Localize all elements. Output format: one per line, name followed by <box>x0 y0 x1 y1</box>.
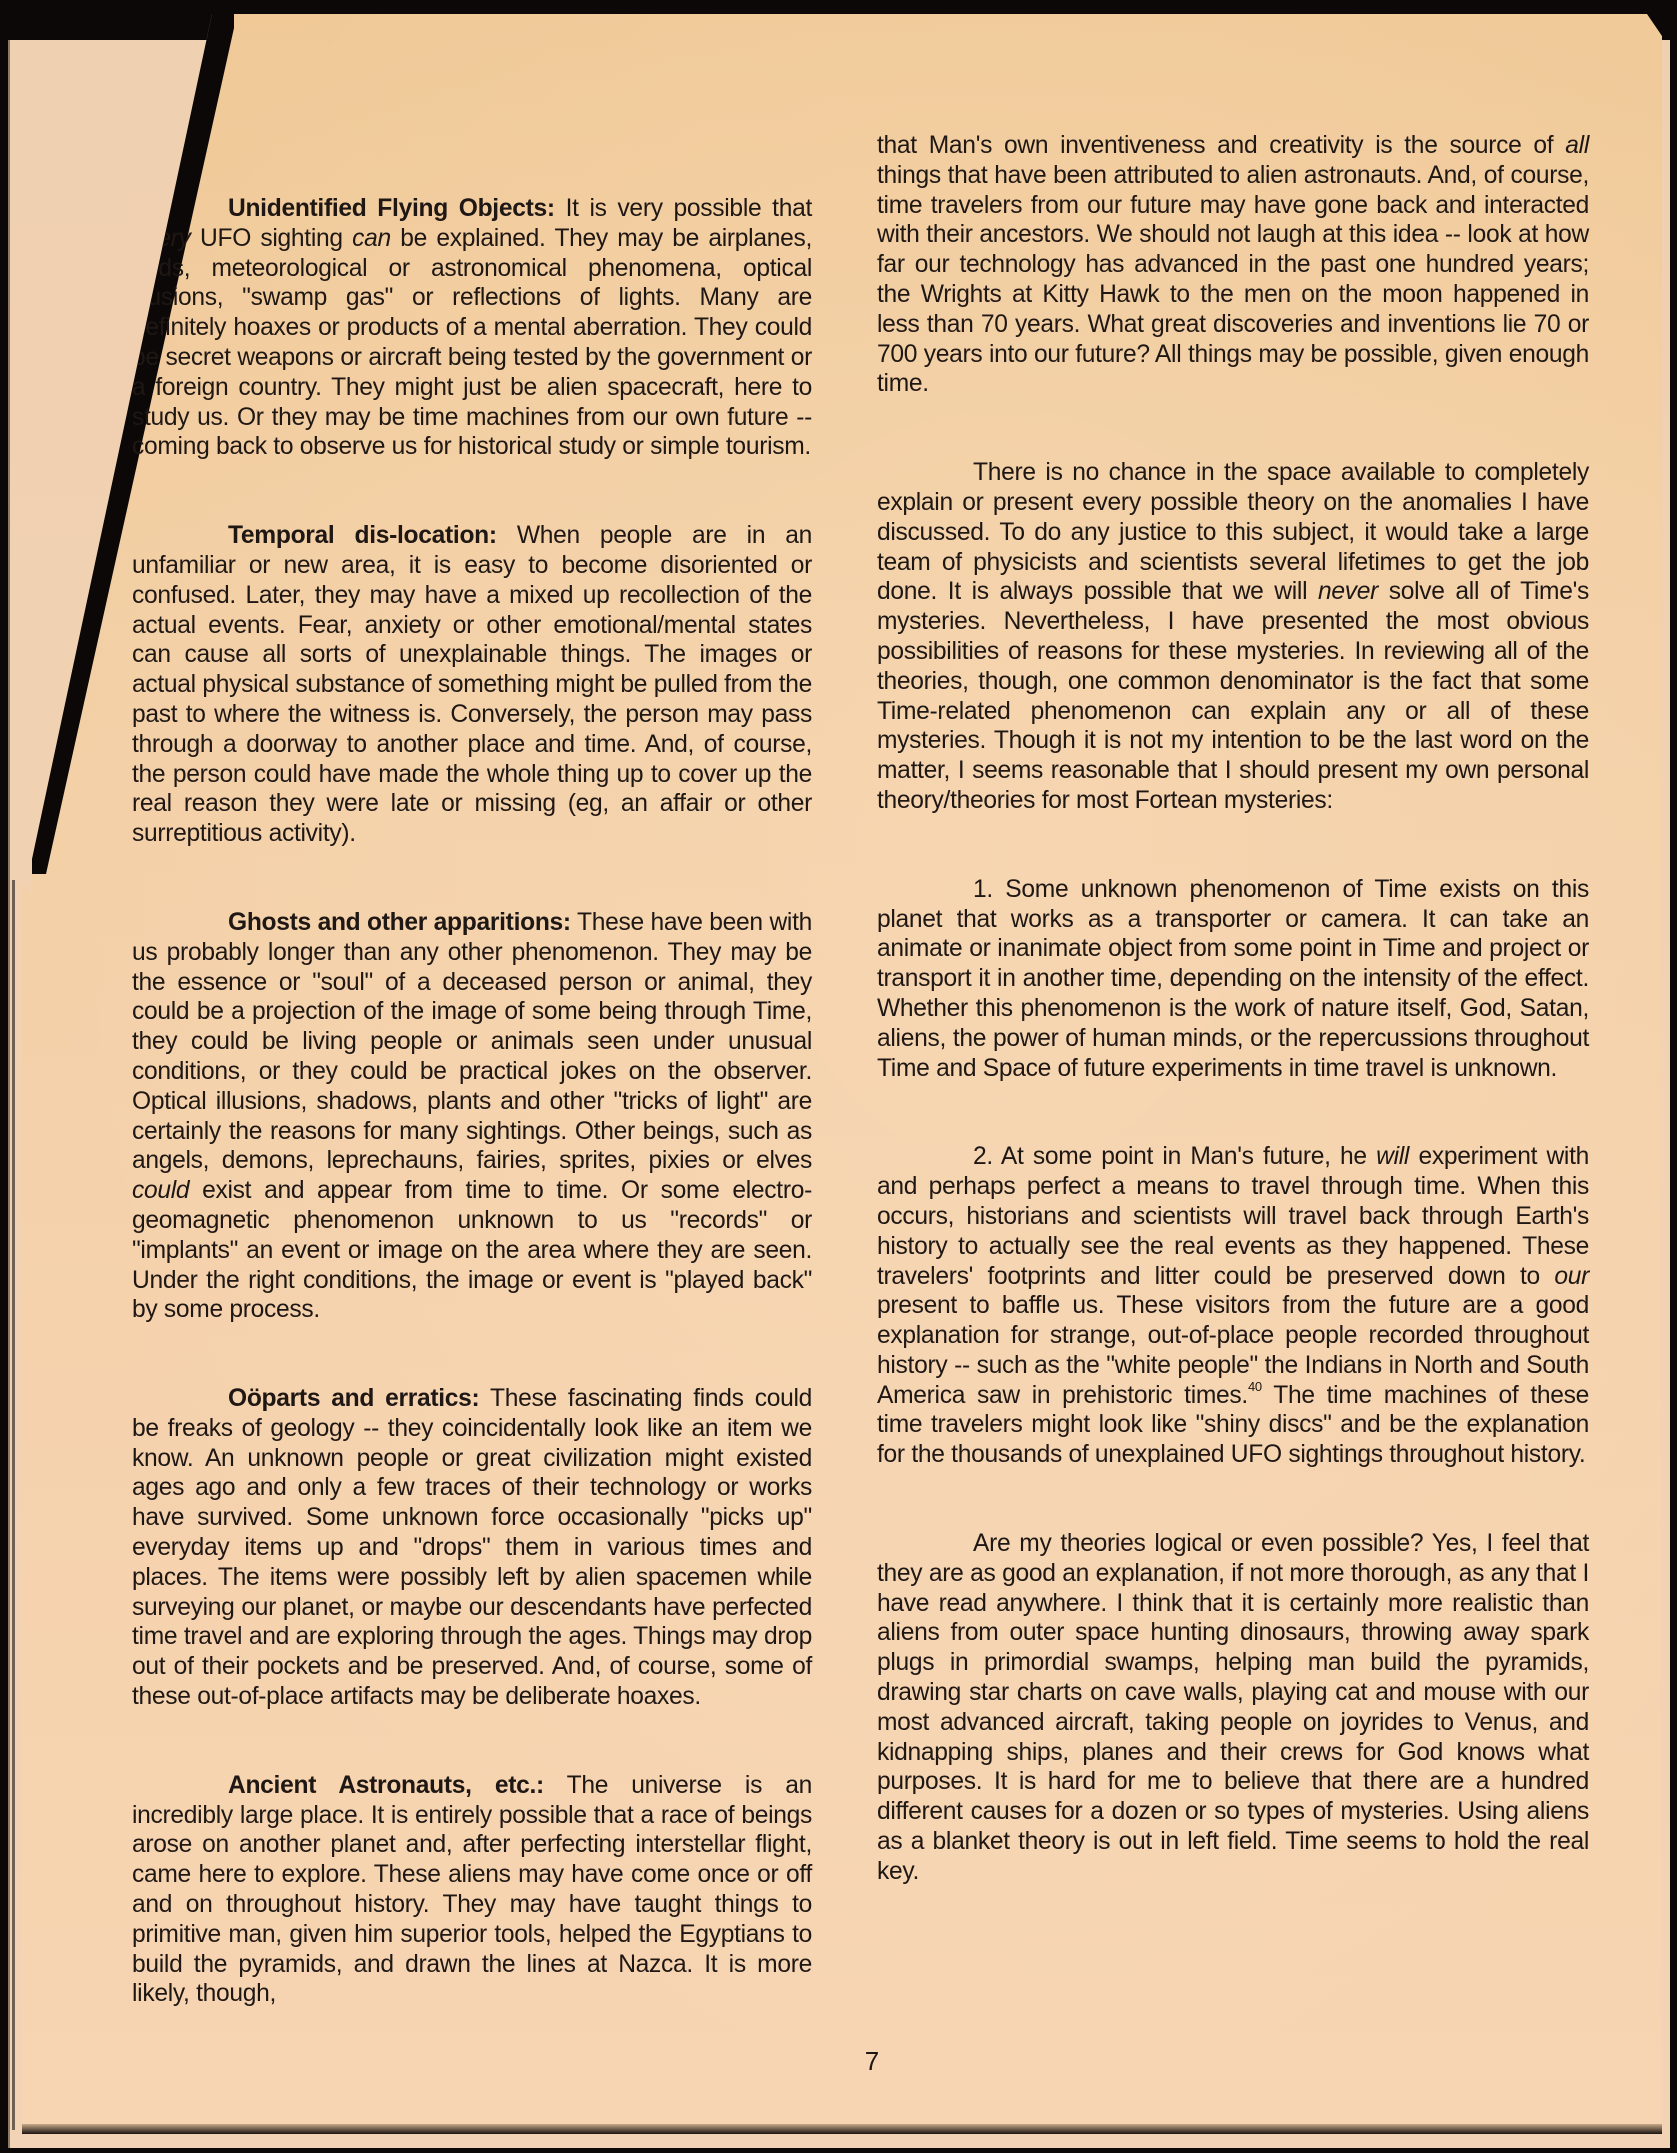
emphasis-text: can <box>352 225 391 252</box>
right-column: that Man's own inventiveness and creativ… <box>877 131 1589 1946</box>
body-text: When people are in an unfamiliar or new … <box>132 522 812 847</box>
page-stack-edge <box>12 880 15 2130</box>
footnote-ref: 40 <box>1248 1379 1262 1394</box>
paragraph: Unidentified Flying Objects: It is very … <box>132 194 812 462</box>
body-text: 1. Some unknown phenomenon of Time exist… <box>877 876 1589 1082</box>
paragraph: Ghosts and other apparitions: These have… <box>132 908 812 1325</box>
section-heading: Temporal dis-location: <box>228 522 497 549</box>
body-text: that Man's own inventiveness and creativ… <box>877 132 1565 159</box>
emphasis-text: could <box>132 1177 189 1204</box>
section-heading: Ghosts and other apparitions: <box>228 909 571 936</box>
body-text: things that have been attributed to alie… <box>877 162 1589 398</box>
paragraph: There is no chance in the space availabl… <box>877 458 1589 816</box>
body-text: 2. At some point in Man's future, he <box>973 1143 1376 1170</box>
body-text: solve all of Time's mysteries. Neverthel… <box>877 578 1589 814</box>
page-bottom-edge <box>22 2124 1662 2134</box>
body-text: be explained. They may be airplanes, bir… <box>132 225 812 461</box>
paragraph: 2. At some point in Man's future, he wil… <box>877 1142 1589 1470</box>
paragraph: Are my theories logical or even possible… <box>877 1529 1589 1887</box>
paragraph: Oöparts and erratics: These fascinating … <box>132 1384 812 1712</box>
section-heading: Unidentified Flying Objects: <box>228 195 555 222</box>
paragraph: Ancient Astronauts, etc.: The universe i… <box>132 1771 812 2009</box>
page-number: 7 <box>852 2046 892 2077</box>
body-text: UFO sighting <box>191 225 353 252</box>
body-text: exist and appear from time to time. Or s… <box>132 1177 812 1323</box>
paragraph: Temporal dis-location: When people are i… <box>132 521 812 849</box>
paragraph: 1. Some unknown phenomenon of Time exist… <box>877 875 1589 1084</box>
body-text: The universe is an incredibly large plac… <box>132 1772 812 2008</box>
left-column: Unidentified Flying Objects: It is very … <box>132 194 812 2068</box>
body-text: These fascinating finds could be freaks … <box>132 1385 812 1710</box>
body-text: It is very possible that <box>555 195 812 222</box>
emphasis-text: never <box>1318 578 1378 605</box>
document-page: Unidentified Flying Objects: It is very … <box>22 14 1662 2134</box>
emphasis-text: will <box>1376 1143 1409 1170</box>
paragraph: that Man's own inventiveness and creativ… <box>877 131 1589 399</box>
section-heading: Ancient Astronauts, etc.: <box>228 1772 544 1799</box>
emphasis-text: all <box>1565 132 1589 159</box>
body-text: These have been with us probably longer … <box>132 909 812 1174</box>
section-heading: Oöparts and erratics: <box>228 1385 479 1412</box>
body-text: Are my theories logical or even possible… <box>877 1530 1589 1885</box>
emphasis-text: our <box>1554 1263 1589 1290</box>
